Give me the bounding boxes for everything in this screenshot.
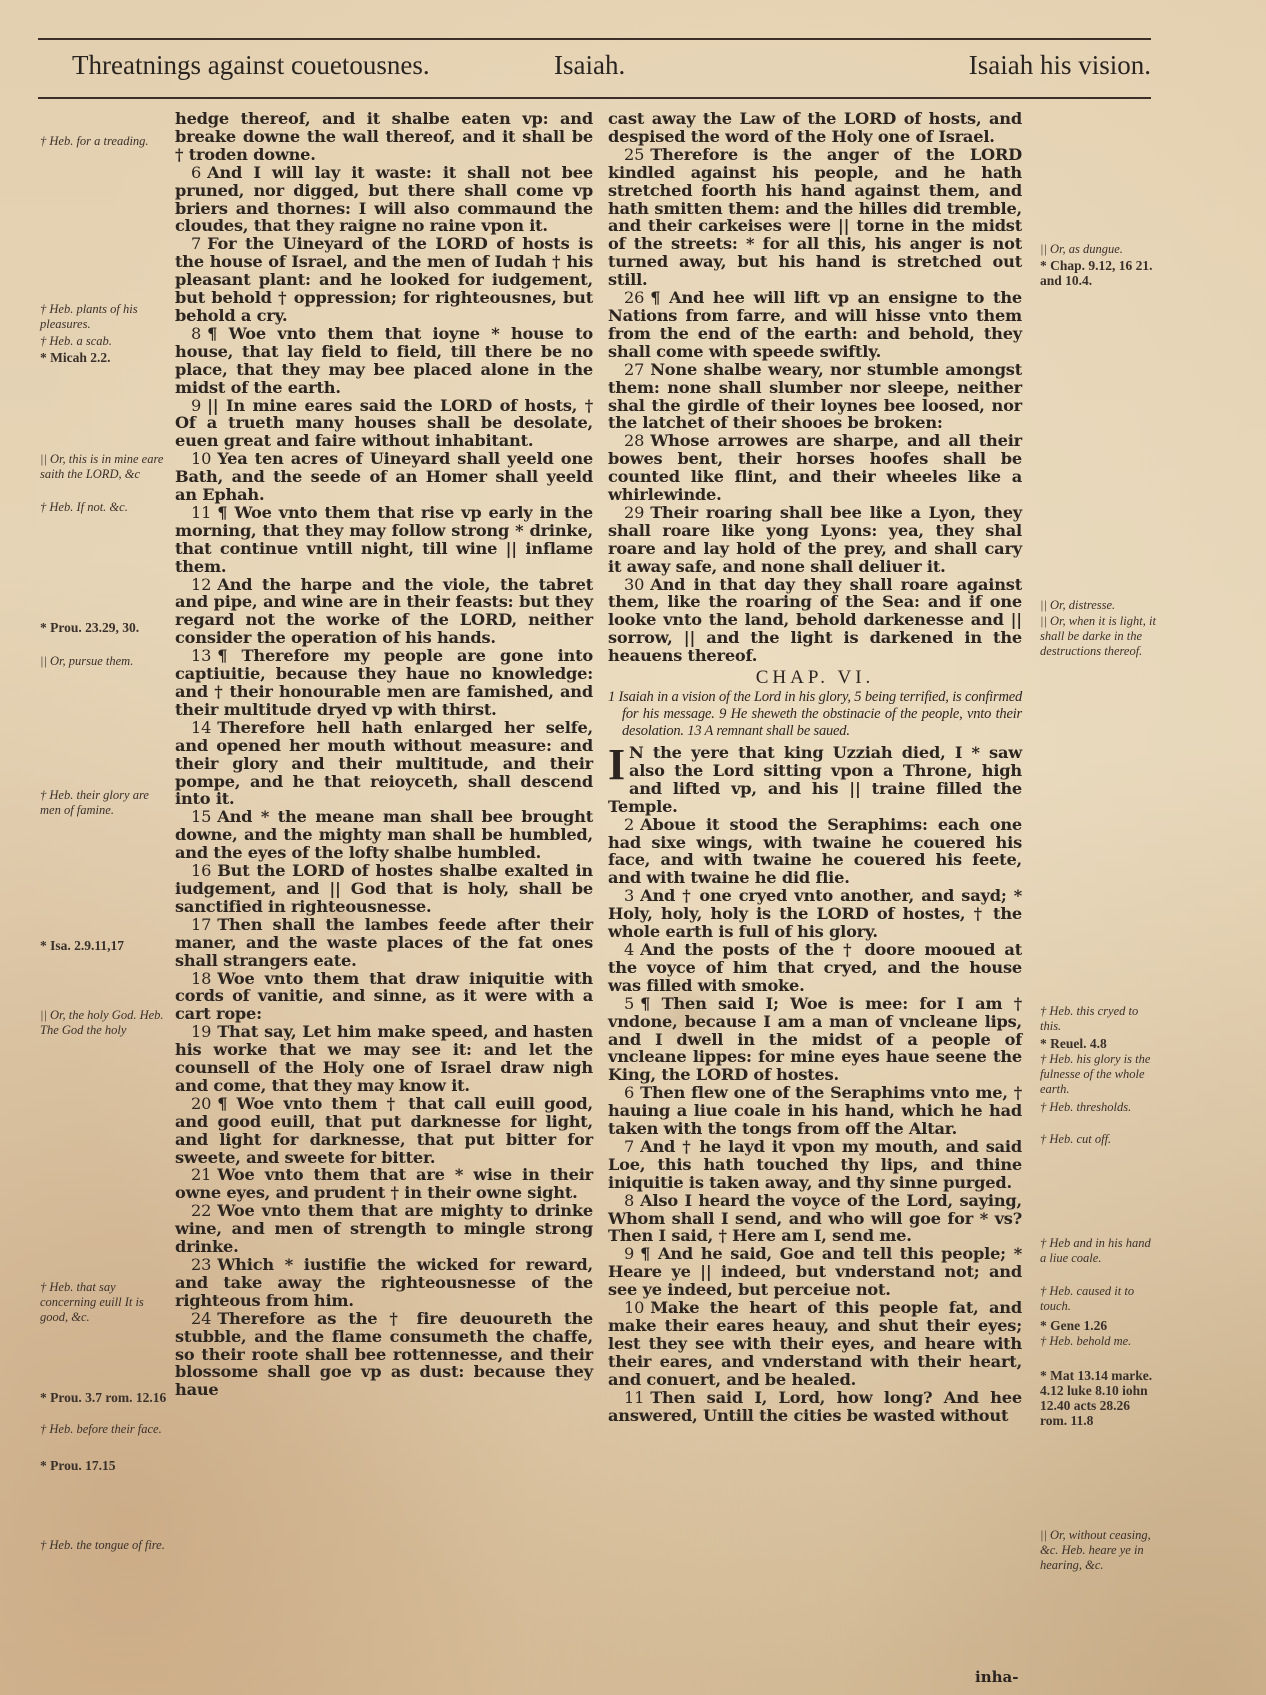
- verse: 8¶ Woe vnto them that ioyne * house to h…: [175, 325, 593, 397]
- verse-number: 8: [624, 1191, 634, 1210]
- verse-number: 25: [624, 145, 644, 164]
- marginal-note: † Heb. that say concerning euill It is g…: [40, 1280, 168, 1325]
- verse-text: ¶ Then said I; Woe is mee: for I am † vn…: [608, 994, 1022, 1085]
- verse-number: 10: [624, 1298, 644, 1317]
- verse-text: Therefore is the anger of the LORD kindl…: [608, 145, 1022, 289]
- verse: 6And I will lay it waste: it shall not b…: [175, 164, 593, 236]
- verse-text: || In mine eares said the LORD of hosts,…: [175, 396, 593, 451]
- verse: 10Make the heart of this people fat, and…: [608, 1299, 1022, 1389]
- verse-number: 15: [191, 807, 211, 826]
- verse-text: And the posts of the † doore mooued at t…: [608, 940, 1022, 995]
- verse: 13¶ Therefore my people are gone into ca…: [175, 647, 593, 719]
- verse: 27None shalbe weary, nor stumble amongst…: [608, 361, 1022, 433]
- cross-reference-note: * Prou. 3.7 rom. 12.16: [40, 1390, 168, 1405]
- verse-number: 27: [624, 360, 644, 379]
- verse: 18Woe vnto them that draw iniquitie with…: [175, 970, 593, 1024]
- verse: 26¶ And hee will lift vp an ensigne to t…: [608, 289, 1022, 361]
- verse: 10Yea ten acres of Uineyard shall yeeld …: [175, 450, 593, 504]
- verse-text: ¶ Woe vnto them that ioyne * house to ho…: [175, 324, 593, 397]
- cross-reference-note: * Prou. 17.15: [40, 1458, 168, 1473]
- verse-text: Then flew one of the Seraphims vnto me, …: [608, 1083, 1022, 1138]
- verse-number: 14: [191, 718, 211, 737]
- verse: 23Which * iustifie the wicked for reward…: [175, 1256, 593, 1310]
- cross-reference-note: * Chap. 9.12, 16 21. and 10.4.: [1040, 258, 1160, 288]
- verse: 3And † one cryed vnto another, and sayd;…: [608, 887, 1022, 941]
- verse-number: 2: [624, 815, 634, 834]
- verse-number: 17: [191, 915, 211, 934]
- verse: 11Then said I, Lord, how long? And hee a…: [608, 1389, 1022, 1425]
- book-page: Threatnings against couetousnes. Isaiah.…: [0, 0, 1266, 1695]
- verse-number: 4: [624, 940, 634, 959]
- first-verse-text: N the yere that king Uzziah died, I * sa…: [608, 743, 1022, 816]
- marginal-note: † Heb. caused it to touch.: [1040, 1284, 1160, 1314]
- verse-number: 8: [191, 324, 201, 343]
- verse-text: ¶ And hee will lift vp an ensigne to the…: [608, 288, 1022, 361]
- chapter-first-verse: IN the yere that king Uzziah died, I * s…: [608, 744, 1022, 816]
- verse-text: Therefore hell hath enlarged her selfe, …: [175, 718, 593, 809]
- verse: 9|| In mine eares said the LORD of hosts…: [175, 397, 593, 451]
- header-rule-bottom: [38, 97, 1151, 99]
- verse-text: And † he layd it vpon my mouth, and said…: [608, 1137, 1022, 1192]
- verse: 6Then flew one of the Seraphims vnto me,…: [608, 1084, 1022, 1138]
- verse: 17Then shall the lambes feede after thei…: [175, 916, 593, 970]
- running-head: Threatnings against couetousnes. Isaiah.…: [72, 46, 1151, 90]
- verse: 29Their roaring shall bee like a Lyon, t…: [608, 504, 1022, 576]
- verse-number: 10: [191, 449, 211, 468]
- cross-reference-note: * Micah 2.2.: [40, 350, 168, 365]
- verse-text: Aboue it stood the Seraphims: each one h…: [608, 815, 1022, 888]
- marginal-note: † Heb. before their face.: [40, 1422, 168, 1437]
- verse-number: 9: [191, 396, 201, 415]
- marginal-note: † Heb and in his hand a liue coale.: [1040, 1236, 1160, 1266]
- marginal-note: † Heb. thresholds.: [1040, 1100, 1160, 1115]
- verse-number: 5: [624, 994, 634, 1013]
- marginal-note: || Or, when it is light, it shall be dar…: [1040, 614, 1160, 659]
- cross-reference-note: * Reuel. 4.8: [1040, 1036, 1160, 1051]
- verse-text: Then shall the lambes feede after their …: [175, 915, 593, 970]
- marginal-note: † Heb. behold me.: [1040, 1334, 1160, 1349]
- verse-number: 28: [624, 431, 644, 450]
- verse-number: 6: [624, 1083, 634, 1102]
- verse-number: 22: [191, 1201, 211, 1220]
- verse-text: And the harpe and the viole, the tabret …: [175, 575, 593, 648]
- verse-number: 18: [191, 969, 211, 988]
- verse: 2Aboue it stood the Seraphims: each one …: [608, 816, 1022, 888]
- verse-text: Their roaring shall bee like a Lyon, the…: [608, 503, 1022, 576]
- marginal-note: || Or, this is in mine eare saith the LO…: [40, 452, 168, 482]
- verse-number: 6: [191, 163, 201, 182]
- header-rule-top: [38, 38, 1151, 40]
- verse: hedge thereof, and it shalbe eaten vp: a…: [175, 110, 593, 164]
- verse-text: Then said I, Lord, how long? And hee ans…: [608, 1388, 1022, 1425]
- verse-number: 3: [624, 886, 634, 905]
- marginal-note: || Or, pursue them.: [40, 654, 168, 669]
- verse: 12And the harpe and the viole, the tabre…: [175, 576, 593, 648]
- verse-text: And in that day they shall roare against…: [608, 575, 1022, 666]
- chapter-summary: 1 Isaiah in a vision of the Lord in his …: [608, 689, 1022, 740]
- verse-text: Woe vnto them that are * wise in their o…: [175, 1165, 593, 1202]
- verse-text: And I will lay it waste: it shall not be…: [175, 163, 593, 236]
- verse-text: Woe vnto them that draw iniquitie with c…: [175, 969, 593, 1024]
- verse: 30And in that day they shall roare again…: [608, 576, 1022, 666]
- verse: 14Therefore hell hath enlarged her selfe…: [175, 719, 593, 809]
- verse-text: None shalbe weary, nor stumble amongst t…: [608, 360, 1022, 433]
- cross-reference-note: * Mat 13.14 marke. 4.12 luke 8.10 iohn 1…: [1040, 1368, 1160, 1428]
- verse: 20¶ Woe vnto them † that call euill good…: [175, 1095, 593, 1167]
- cross-reference-note: * Gene 1.26: [1040, 1318, 1160, 1333]
- verse-text: ¶ Woe vnto them that rise vp early in th…: [175, 503, 593, 576]
- verse: 5¶ Then said I; Woe is mee: for I am † v…: [608, 995, 1022, 1085]
- marginal-note: † Heb. the tongue of fire.: [40, 1538, 168, 1553]
- verse: 7And † he layd it vpon my mouth, and sai…: [608, 1138, 1022, 1192]
- verse-text: And † one cryed vnto another, and sayd; …: [608, 886, 1022, 941]
- right-text-column: cast away the Law of the LORD of hosts, …: [608, 110, 1022, 1424]
- verse-text: Which * iustifie the wicked for reward, …: [175, 1255, 593, 1310]
- verse-number: 11: [191, 503, 211, 522]
- chapter-heading: CHAP. VI.: [608, 669, 1022, 687]
- verse-text: Therefore as the † fire deuoureth the st…: [175, 1309, 593, 1400]
- chapter-5-conclusion: cast away the Law of the LORD of hosts, …: [608, 110, 1022, 665]
- marginal-note: † Heb. for a treading.: [40, 134, 168, 149]
- verse: 11¶ Woe vnto them that rise vp early in …: [175, 504, 593, 576]
- verse-text: And * the meane man shall bee brought do…: [175, 807, 593, 862]
- verse: 8Also I heard the voyce of the Lord, say…: [608, 1192, 1022, 1246]
- verse-text: For the Uineyard of the LORD of hosts is…: [175, 234, 593, 325]
- verse: 9¶ And he said, Goe and tell this people…: [608, 1245, 1022, 1299]
- verse-text: That say, Let him make speed, and hasten…: [175, 1022, 593, 1095]
- marginal-note: † Heb. a scab.: [40, 334, 168, 349]
- marginal-note: || Or, without ceasing, &c. Heb. heare y…: [1040, 1528, 1160, 1573]
- verse-number: 16: [191, 861, 211, 880]
- left-text-column: hedge thereof, and it shalbe eaten vp: a…: [175, 110, 593, 1399]
- running-head-left: Threatnings against couetousnes.: [72, 50, 430, 81]
- verse-number: 30: [624, 575, 644, 594]
- marginal-note: † Heb. this cryed to this.: [1040, 1004, 1160, 1034]
- verse: 16But the LORD of hostes shalbe exalted …: [175, 862, 593, 916]
- verse-text: Woe vnto them that are mighty to drinke …: [175, 1201, 593, 1256]
- catchword: inha-: [975, 1668, 1018, 1686]
- verse-number: 12: [191, 575, 211, 594]
- verse: 19That say, Let him make speed, and hast…: [175, 1023, 593, 1095]
- marginal-note: † Heb. their glory are men of famine.: [40, 788, 168, 818]
- marginal-note: || Or, the holy God. Heb. The God the ho…: [40, 1008, 168, 1038]
- cross-reference-note: * Isa. 2.9.11,17: [40, 938, 168, 953]
- verse: cast away the Law of the LORD of hosts, …: [608, 110, 1022, 146]
- verse-text: ¶ And he said, Goe and tell this people;…: [608, 1244, 1022, 1299]
- verse-number: 9: [624, 1244, 634, 1263]
- verse-number: 20: [191, 1094, 211, 1113]
- verse-text: Yea ten acres of Uineyard shall yeeld on…: [175, 449, 593, 504]
- verse: 21Woe vnto them that are * wise in their…: [175, 1166, 593, 1202]
- verse: 4And the posts of the † doore mooued at …: [608, 941, 1022, 995]
- verse-text: But the LORD of hostes shalbe exalted in…: [175, 861, 593, 916]
- verse: 25Therefore is the anger of the LORD kin…: [608, 146, 1022, 289]
- marginal-note: † Heb. cut off.: [1040, 1132, 1160, 1147]
- marginal-note: † Heb. his glory is the fulnesse of the …: [1040, 1052, 1160, 1097]
- verse: 15And * the meane man shall bee brought …: [175, 808, 593, 862]
- verse-number: 11: [624, 1388, 644, 1407]
- verse-number: 19: [191, 1022, 211, 1041]
- running-head-right: Isaiah his vision.: [969, 50, 1151, 81]
- verse-text: hedge thereof, and it shalbe eaten vp: a…: [175, 109, 593, 164]
- running-head-book: Isaiah.: [554, 50, 625, 81]
- verse-number: 13: [191, 646, 211, 665]
- verse-text: Also I heard the voyce of the Lord, sayi…: [608, 1191, 1022, 1246]
- verse-text: cast away the Law of the LORD of hosts, …: [608, 109, 1022, 146]
- verse-number: 21: [191, 1165, 211, 1184]
- verse: 28Whose arrowes are sharpe, and all thei…: [608, 432, 1022, 504]
- verse: 24Therefore as the † fire deuoureth the …: [175, 1310, 593, 1400]
- verse-text: Make the heart of this people fat, and m…: [608, 1298, 1022, 1389]
- verse-number: 23: [191, 1255, 211, 1274]
- verse-number: 7: [191, 234, 201, 253]
- cross-reference-note: * Prou. 23.29, 30.: [40, 620, 168, 635]
- verse-number: 29: [624, 503, 644, 522]
- verse-number: 26: [624, 288, 644, 307]
- chapter-6-verses: 2Aboue it stood the Seraphims: each one …: [608, 816, 1022, 1425]
- marginal-note: || Or, as dungue.: [1040, 242, 1160, 257]
- marginal-note: † Heb. If not. &c.: [40, 500, 168, 515]
- verse-number: 7: [624, 1137, 634, 1156]
- drop-cap: I: [608, 746, 625, 784]
- verse-text: ¶ Therefore my people are gone into capt…: [175, 646, 593, 719]
- verse-text: Whose arrowes are sharpe, and all their …: [608, 431, 1022, 504]
- verse: 7For the Uineyard of the LORD of hosts i…: [175, 235, 593, 325]
- verse: 22Woe vnto them that are mighty to drink…: [175, 1202, 593, 1256]
- verse-number: 24: [191, 1309, 211, 1328]
- marginal-note: || Or, distresse.: [1040, 598, 1160, 613]
- marginal-note: † Heb. plants of his pleasures.: [40, 302, 168, 332]
- verse-text: ¶ Woe vnto them † that call euill good, …: [175, 1094, 593, 1167]
